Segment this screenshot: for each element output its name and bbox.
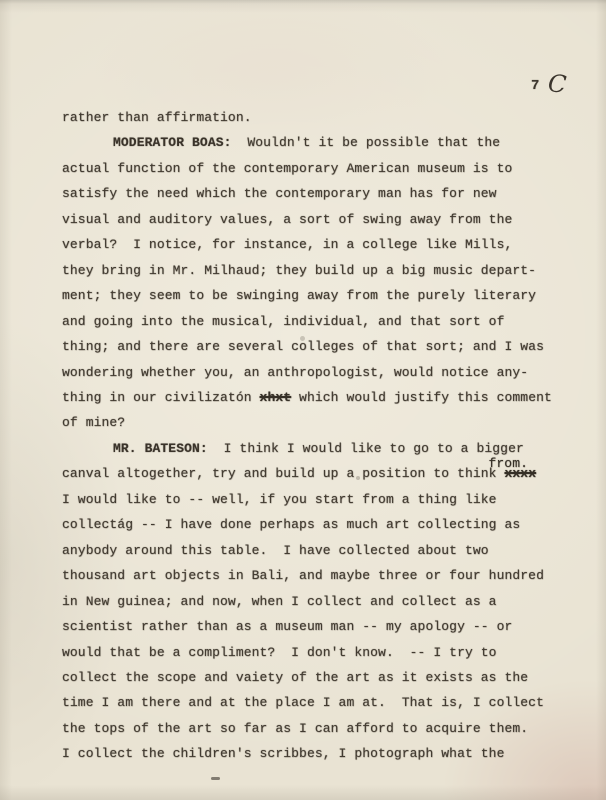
- typed-line: MODERATOR BOAS: Wouldn't it be possible …: [62, 130, 562, 155]
- typed-line: thousand art objects in Bali, and maybe …: [62, 563, 562, 588]
- typed-line: collectág -- I have done perhaps as much…: [62, 512, 562, 537]
- typed-line: actual function of the contemporary Amer…: [62, 156, 562, 181]
- page-number: 7: [531, 78, 539, 94]
- typed-line: they bring in Mr. Milhaud; they build up…: [62, 258, 562, 283]
- paper-speck: [300, 336, 305, 341]
- paper-mark: [211, 777, 220, 780]
- typed-line: thing; and there are several colleges of…: [62, 334, 562, 359]
- typed-line: thing in our civilizatón xhxt which woul…: [62, 385, 562, 410]
- typed-line: MR. BATESON: I think I would like to go …: [62, 436, 562, 461]
- typed-line: the tops of the art so far as I can affo…: [62, 716, 562, 741]
- typed-line: wondering whether you, an anthropologist…: [62, 360, 562, 385]
- typed-line: in New guinea; and now, when I collect a…: [62, 589, 562, 614]
- typed-line: and going into the musical, individual, …: [62, 309, 562, 334]
- typed-line: time I am there and at the place I am at…: [62, 690, 562, 715]
- typed-line: visual and auditory values, a sort of sw…: [62, 207, 562, 232]
- typed-line: ment; they seem to be swinging away from…: [62, 283, 562, 308]
- typed-line: of mine?: [62, 410, 562, 435]
- typed-line: I would like to -- well, if you start fr…: [62, 487, 562, 512]
- speaker-label: MR. BATESON:: [113, 441, 208, 456]
- typed-line: scientist rather than as a museum man --…: [62, 614, 562, 639]
- typed-line: collect the scope and vaiety of the art …: [62, 665, 562, 690]
- scanned-page: 7 C rather than affirmation.MODERATOR BO…: [0, 0, 606, 800]
- typed-line: I collect the children's scribbes, I pho…: [62, 741, 562, 766]
- typed-line: would that be a compliment? I don't know…: [62, 640, 562, 665]
- typed-line: anybody around this table. I have collec…: [62, 538, 562, 563]
- typed-line: canval altogether, try and build up a po…: [62, 461, 562, 486]
- typed-insertion-above: from.: [488, 451, 528, 476]
- typed-lines: rather than affirmation.MODERATOR BOAS: …: [62, 105, 562, 767]
- typed-line: satisfy the need which the contemporary …: [62, 181, 562, 206]
- struck-out-word: xhxt: [260, 390, 292, 405]
- handwritten-letter: C: [547, 69, 568, 98]
- speaker-label: MODERATOR BOAS:: [113, 135, 232, 150]
- typed-line: verbal? I notice, for instance, in a col…: [62, 232, 562, 257]
- paper-speck: [356, 476, 360, 480]
- typed-line: rather than affirmation.: [62, 105, 562, 130]
- struck-out-word: xxxxfrom.: [504, 466, 536, 481]
